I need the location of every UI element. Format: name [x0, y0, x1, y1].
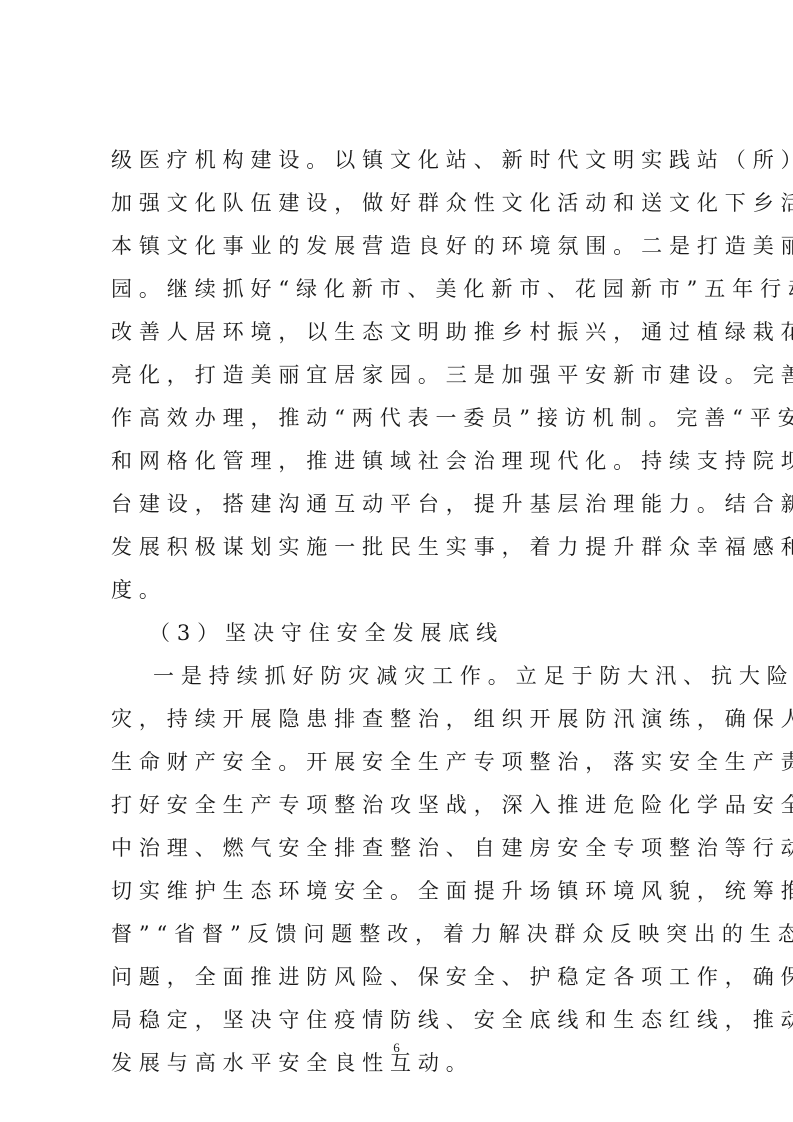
paragraph-line: 本镇文化事业的发展营造良好的环境氛围。二是打造美丽宜居家: [111, 232, 711, 260]
paragraph-line: 督”“省督”反馈问题整改，着力解决群众反映突出的生态环境: [111, 920, 711, 948]
paragraph-line: 加强文化队伍建设，做好群众性文化活动和送文化下乡活动，为: [111, 189, 711, 217]
paragraph-line: 一是持续抓好防灾减灾工作。立足于防大汛、抗大险、救大: [153, 662, 753, 690]
paragraph-line: 打好安全生产专项整治攻坚战，深入推进危险化学品安全风险集: [111, 791, 711, 819]
paragraph-line: 作高效办理，推动“两代表一委员”接访机制。完善“平安指数”: [111, 404, 711, 432]
paragraph-line: 发展积极谋划实施一批民生实事，着力提升群众幸福感和满意: [111, 533, 711, 561]
paragraph-line: 切实维护生态环境安全。全面提升场镇环境风貌，统筹推进“央: [111, 877, 711, 905]
paragraph-line: 亮化，打造美丽宜居家园。三是加强平安新市建设。完善信访工: [111, 361, 711, 389]
paragraph-line: 级医疗机构建设。以镇文化站、新时代文明实践站（所）为依托，: [111, 146, 711, 174]
paragraph-line: 生命财产安全。开展安全生产专项整治，落实安全生产责任制，: [111, 748, 711, 776]
paragraph-line: 和网格化管理，推进镇域社会治理现代化。持续支持院坝协商平: [111, 447, 711, 475]
paragraph-line: 度。: [111, 576, 711, 604]
section-heading: （3）坚决守住安全发展底线: [149, 619, 749, 647]
paragraph-line: 局稳定，坚决守住疫情防线、安全底线和生态红线，推动高质量: [111, 1006, 711, 1034]
page-number: 6: [0, 1040, 793, 1056]
paragraph-line: 台建设，搭建沟通互动平台，提升基层治理能力。结合新市未来: [111, 490, 711, 518]
paragraph-line: 改善人居环境，以生态文明助推乡村振兴，通过植绿栽花、美化: [111, 318, 711, 346]
paragraph-line: 问题，全面推进防风险、保安全、护稳定各项工作，确保社会大: [111, 963, 711, 991]
paragraph-line: 中治理、燃气安全排查整治、自建房安全专项整治等行动。二是: [111, 834, 711, 862]
paragraph-line: 灾，持续开展隐患排查整治，组织开展防汛演练，确保人民群众: [111, 705, 711, 733]
paragraph-line: 园。继续抓好“绿化新市、美化新市、花园新市”五年行动计划，: [111, 275, 711, 303]
document-page: 级医疗机构建设。以镇文化站、新时代文明实践站（所）为依托， 加强文化队伍建设，做…: [0, 0, 793, 1122]
